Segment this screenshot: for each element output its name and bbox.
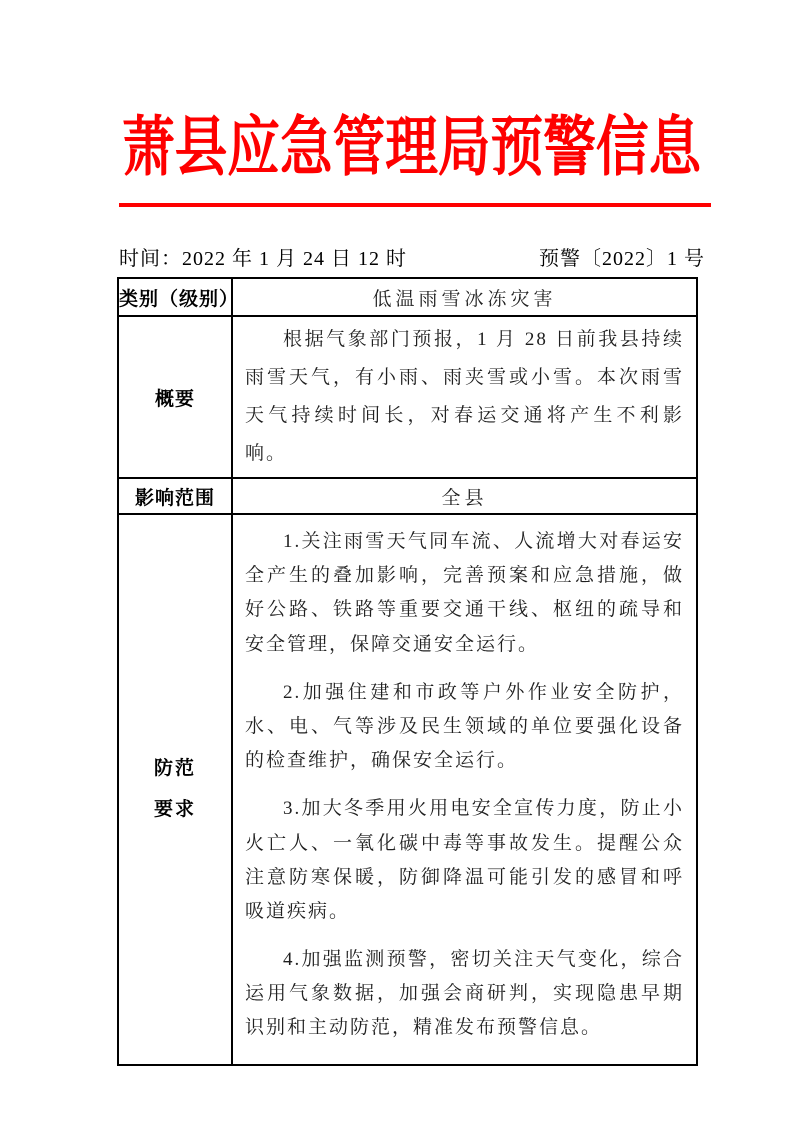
summary-text: 根据气象部门预报，1 月 28 日前我县持续雨雪天气，有小雨、雨夹雪或小雪。本次… xyxy=(245,321,684,473)
table-row-requirements: 防范要求 1.关注雨雪天气同车流、人流增大对春运安全产生的叠加影响，完善预案和应… xyxy=(118,514,697,1065)
category-value: 低温雨雪冰冻灾害 xyxy=(232,278,697,316)
scope-label: 影响范围 xyxy=(118,478,232,514)
meta-row: 时间：2022 年 1 月 24 日 12 时 预警〔2022〕1 号 xyxy=(119,242,705,271)
summary-cell: 根据气象部门预报，1 月 28 日前我县持续雨雪天气，有小雨、雨夹雪或小雪。本次… xyxy=(232,316,697,478)
title-rule xyxy=(119,203,711,207)
requirements-cell: 1.关注雨雪天气同车流、人流增大对春运安全产生的叠加影响，完善预案和应急措施，做… xyxy=(232,514,697,1065)
requirement-paragraph-1: 1.关注雨雪天气同车流、人流增大对春运安全产生的叠加影响，完善预案和应急措施，做… xyxy=(245,525,684,662)
requirements-label-cell: 防范要求 xyxy=(118,514,232,1065)
requirement-paragraph-2: 2.加强住建和市政等户外作业安全防护，水、电、气等涉及民生领域的单位要强化设备的… xyxy=(245,676,684,779)
document-page: 萧县应急管理局预警信息 时间：2022 年 1 月 24 日 12 时 预警〔2… xyxy=(0,0,793,1122)
table-row-category: 类别（级别） 低温雨雪冰冻灾害 xyxy=(118,278,697,316)
summary-label: 概要 xyxy=(118,316,232,478)
warning-table: 类别（级别） 低温雨雪冰冻灾害 概要 根据气象部门预报，1 月 28 日前我县持… xyxy=(117,277,698,1066)
requirement-paragraph-3: 3.加大冬季用火用电安全宣传力度，防止小火亡人、一氧化碳中毒等事故发生。提醒公众… xyxy=(245,792,684,929)
scope-value: 全县 xyxy=(232,478,697,514)
table-row-summary: 概要 根据气象部门预报，1 月 28 日前我县持续雨雪天气，有小雨、雨夹雪或小雪… xyxy=(118,316,697,478)
table-row-scope: 影响范围 全县 xyxy=(118,478,697,514)
issue-time: 时间：2022 年 1 月 24 日 12 时 xyxy=(119,242,407,271)
page-title: 萧县应急管理局预警信息 xyxy=(122,94,701,188)
doc-number: 预警〔2022〕1 号 xyxy=(539,242,705,271)
requirement-paragraph-4: 4.加强监测预警，密切关注天气变化，综合运用气象数据，加强会商研判，实现隐患早期… xyxy=(245,943,684,1046)
category-label: 类别（级别） xyxy=(118,278,232,316)
requirements-label: 防范要求 xyxy=(152,748,198,832)
